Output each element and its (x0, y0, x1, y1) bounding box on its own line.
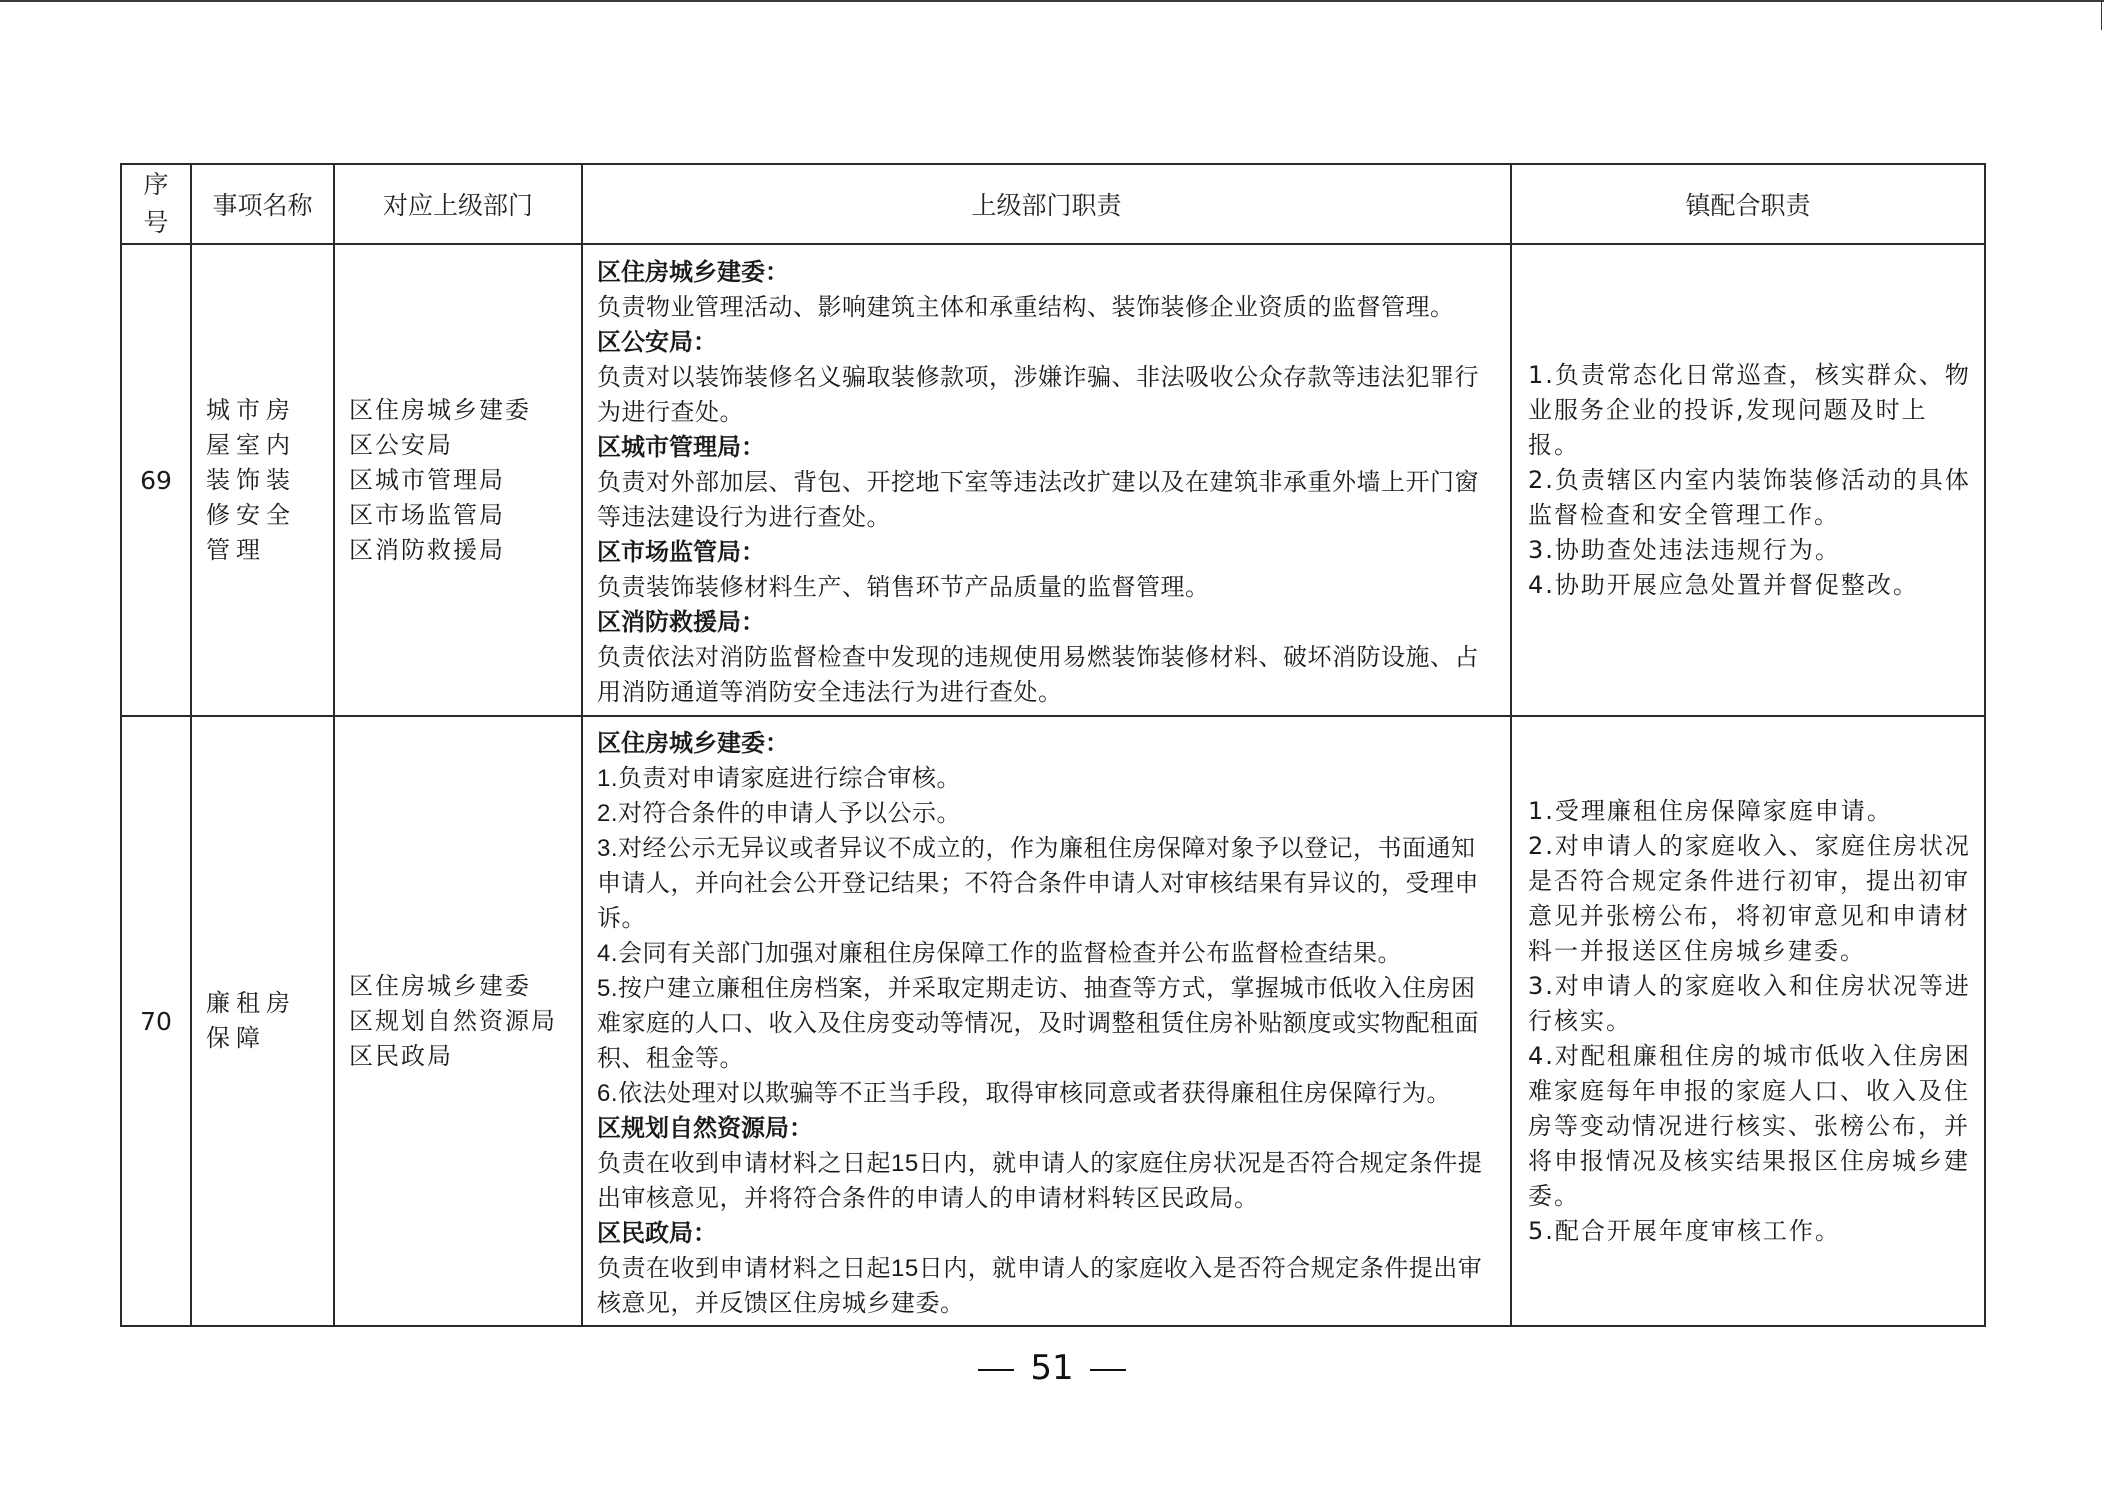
duty-text: 负责物业管理活动、影响建筑主体和承重结构、装饰装修企业资质的监督管理。 (597, 290, 1498, 325)
header-dept: 对应上级部门 (334, 164, 582, 244)
duty-dept-heading: 区住房城乡建委： (597, 255, 1498, 290)
duty-text: 5.按户建立廉租住房档案，并采取定期走访、抽查等方式，掌握城市低收入住房困难家庭… (597, 971, 1498, 1076)
page-number-value: 51 (1030, 1348, 1073, 1388)
header-row: 序 号 事项名称 对应上级部门 上级部门职责 镇配合职责 (121, 164, 1985, 244)
table-row: 69 城市房屋室内装饰装修安全管理 区住房城乡建委 区公安局 区城市管理局 区市… (121, 244, 1985, 716)
row-upper-duty: 区住房城乡建委： 负责物业管理活动、影响建筑主体和承重结构、装饰装修企业资质的监… (582, 244, 1511, 716)
dept-item: 区消防救援局 (349, 533, 567, 568)
town-duty-item: 2.对申请人的家庭收入、家庭住房状况是否符合规定条件进行初审，提出初审意见并张榜… (1528, 829, 1972, 969)
duty-text: 负责对以装饰装修名义骗取装修款项，涉嫌诈骗、非法吸收公众存款等违法犯罪行为进行查… (597, 360, 1498, 430)
town-duty-item: 4.协助开展应急处置并督促整改。 (1528, 568, 1972, 603)
row-item-name: 廉租房保障 (191, 716, 334, 1326)
dept-item: 区规划自然资源局 (349, 1004, 567, 1039)
town-duty-item: 2.负责辖区内室内装饰装修活动的具体监督检查和安全管理工作。 (1528, 463, 1972, 533)
duty-text: 负责装饰装修材料生产、销售环节产品质量的监督管理。 (597, 570, 1498, 605)
duty-dept-heading: 区消防救援局： (597, 605, 1498, 640)
duty-text: 负责在收到申请材料之日起15日内，就申请人的家庭住房状况是否符合规定条件提出审核… (597, 1146, 1498, 1216)
dept-item: 区民政局 (349, 1039, 567, 1074)
duty-dept-heading: 区住房城乡建委： (597, 726, 1498, 761)
page-number: 51 (0, 1348, 2104, 1388)
town-duty-item: 5.配合开展年度审核工作。 (1528, 1214, 1972, 1249)
duty-table: 序 号 事项名称 对应上级部门 上级部门职责 镇配合职责 69 城市房屋室内装饰… (120, 163, 1986, 1327)
row-dept-list: 区住房城乡建委 区规划自然资源局 区民政局 (334, 716, 582, 1326)
duty-text: 负责对外部加层、背包、开挖地下室等违法改扩建以及在建筑非承重外墙上开门窗等违法建… (597, 465, 1498, 535)
row-seq: 69 (121, 244, 191, 716)
duty-dept-heading: 区城市管理局： (597, 430, 1498, 465)
duty-dept-heading: 区公安局： (597, 325, 1498, 360)
duty-dept-heading: 区民政局： (597, 1216, 1498, 1251)
duty-text: 2.对符合条件的申请人予以公示。 (597, 796, 1498, 831)
dept-item: 区城市管理局 (349, 463, 567, 498)
header-seq-line2: 号 (123, 204, 189, 242)
row-town-duty: 1.负责常态化日常巡查，核实群众、物业服务企业的投诉,发现问题及时上报。 2.负… (1511, 244, 1985, 716)
header-item-name: 事项名称 (191, 164, 334, 244)
town-duty-item: 3.对申请人的家庭收入和住房状况等进行核实。 (1528, 969, 1972, 1039)
duty-text: 3.对经公示无异议或者异议不成立的，作为廉租住房保障对象予以登记，书面通知申请人… (597, 831, 1498, 936)
right-border-line (2101, 0, 2102, 30)
duty-text: 负责依法对消防监督检查中发现的违规使用易燃装饰装修材料、破坏消防设施、占用消防通… (597, 640, 1498, 710)
town-duty-item: 1.负责常态化日常巡查，核实群众、物业服务企业的投诉,发现问题及时上报。 (1528, 358, 1972, 463)
header-upper-duty: 上级部门职责 (582, 164, 1511, 244)
duty-text: 负责在收到申请材料之日起15日内，就申请人的家庭收入是否符合规定条件提出审核意见… (597, 1251, 1498, 1321)
duty-dept-heading: 区市场监管局： (597, 535, 1498, 570)
dept-item: 区公安局 (349, 428, 567, 463)
row-item-name: 城市房屋室内装饰装修安全管理 (191, 244, 334, 716)
duty-dept-heading: 区规划自然资源局： (597, 1111, 1498, 1146)
town-duty-item: 1.受理廉租住房保障家庭申请。 (1528, 794, 1972, 829)
top-border-line (0, 0, 2104, 2)
town-duty-item: 4.对配租廉租住房的城市低收入住房困难家庭每年申报的家庭人口、收入及住房等变动情… (1528, 1039, 1972, 1214)
duty-text: 6.依法处理对以欺骗等不正当手段，取得审核同意或者获得廉租住房保障行为。 (597, 1076, 1498, 1111)
page-dash-right (1090, 1369, 1126, 1371)
table-row: 70 廉租房保障 区住房城乡建委 区规划自然资源局 区民政局 区住房城乡建委： … (121, 716, 1985, 1326)
duty-text: 1.负责对申请家庭进行综合审核。 (597, 761, 1498, 796)
header-seq: 序 号 (121, 164, 191, 244)
dept-item: 区市场监管局 (349, 498, 567, 533)
header-seq-line1: 序 (123, 166, 189, 204)
row-dept-list: 区住房城乡建委 区公安局 区城市管理局 区市场监管局 区消防救援局 (334, 244, 582, 716)
dept-item: 区住房城乡建委 (349, 969, 567, 1004)
page-dash-left (978, 1369, 1014, 1371)
row-town-duty: 1.受理廉租住房保障家庭申请。 2.对申请人的家庭收入、家庭住房状况是否符合规定… (1511, 716, 1985, 1326)
duty-text: 4.会同有关部门加强对廉租住房保障工作的监督检查并公布监督检查结果。 (597, 936, 1498, 971)
row-seq: 70 (121, 716, 191, 1326)
dept-item: 区住房城乡建委 (349, 393, 567, 428)
town-duty-item: 3.协助查处违法违规行为。 (1528, 533, 1972, 568)
row-upper-duty: 区住房城乡建委： 1.负责对申请家庭进行综合审核。 2.对符合条件的申请人予以公… (582, 716, 1511, 1326)
header-town-duty: 镇配合职责 (1511, 164, 1985, 244)
